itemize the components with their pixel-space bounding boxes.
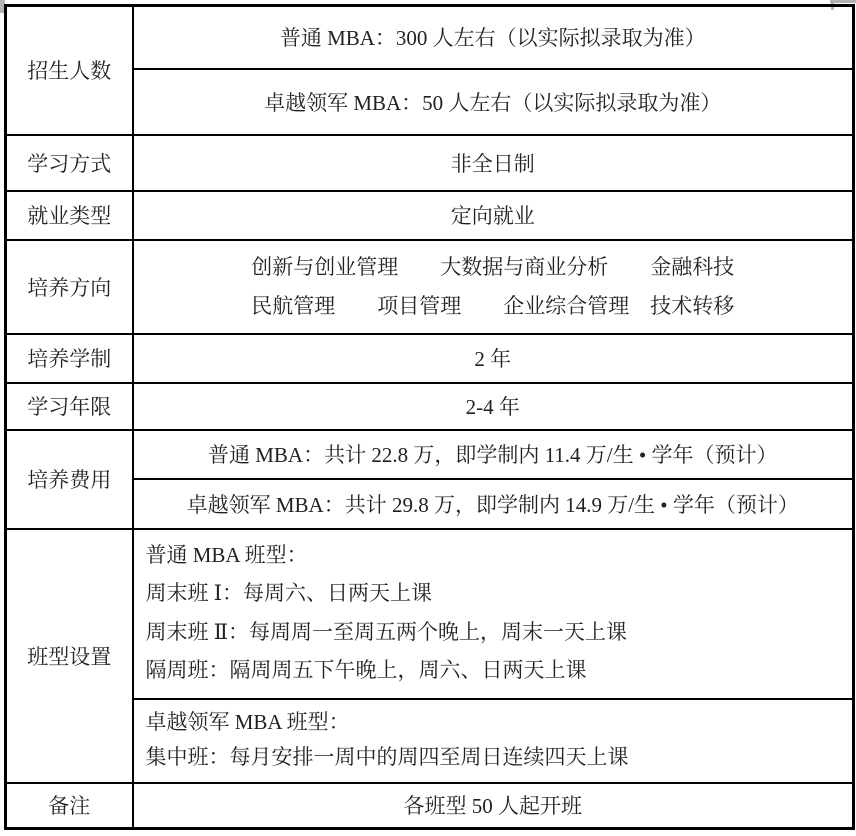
class-types-normal-title: 普通 MBA 班型： (146, 542, 853, 568)
row-label-enrollment: 招生人数 (6, 6, 133, 135)
training-direction-cell: 创新与创业管理 大数据与商业分析 金融科技 民航管理 项目管理 企业综合管理 技… (133, 240, 854, 334)
training-direction-line1: 创新与创业管理 大数据与商业分析 金融科技 (134, 254, 853, 280)
row-label-class-types: 班型设置 (6, 529, 133, 783)
row-label-study-mode: 学习方式 (6, 135, 133, 191)
row-label-training-direction: 培养方向 (6, 240, 133, 334)
enrollment-normal-cell: 普通 MBA：300 人左右（以实际拟录取为准） (133, 6, 854, 69)
class-types-excellence-line-intensive: 集中班：每月安排一周中的周四至周日连续四天上课 (146, 744, 853, 770)
class-types-normal-line-biweekly: 隔周班：隔周周五下午晚上，周六、日两天上课 (146, 657, 853, 683)
row-label-employment-type: 就业类型 (6, 191, 133, 240)
employment-type-cell: 定向就业 (133, 191, 854, 240)
tuition-excellence-cell: 卓越领军 MBA：共计 29.8 万，即学制内 14.9 万/生 • 学年（预计… (133, 479, 854, 529)
enrollment-excellence-cell: 卓越领军 MBA：50 人左右（以实际拟录取为准） (133, 69, 854, 135)
remarks-cell: 各班型 50 人起开班 (133, 783, 854, 829)
row-label-tuition: 培养费用 (6, 430, 133, 529)
training-direction-line2: 民航管理 项目管理 企业综合管理 技术转移 (134, 293, 853, 319)
program-length-cell: 2 年 (133, 334, 854, 383)
class-types-normal-line-weekend2: 周末班 Ⅱ：每周周一至周五两个晚上，周末一天上课 (146, 619, 853, 645)
class-types-normal-line-weekend1: 周末班 Ⅰ：每周六、日两天上课 (146, 580, 853, 606)
study-years-cell: 2-4 年 (133, 383, 854, 430)
admissions-info-table: 招生人数 普通 MBA：300 人左右（以实际拟录取为准） 卓越领军 MBA：5… (4, 4, 855, 830)
row-label-study-years: 学习年限 (6, 383, 133, 430)
class-types-normal-cell: 普通 MBA 班型： 周末班 Ⅰ：每周六、日两天上课 周末班 Ⅱ：每周周一至周五… (133, 529, 854, 699)
row-label-remarks: 备注 (6, 783, 133, 829)
tuition-normal-cell: 普通 MBA：共计 22.8 万，即学制内 11.4 万/生 • 学年（预计） (133, 430, 854, 479)
study-mode-cell: 非全日制 (133, 135, 854, 191)
class-types-excellence-title: 卓越领军 MBA 班型： (146, 709, 853, 735)
class-types-excellence-cell: 卓越领军 MBA 班型： 集中班：每月安排一周中的周四至周日连续四天上课 (133, 699, 854, 783)
row-label-program-length: 培养学制 (6, 334, 133, 383)
